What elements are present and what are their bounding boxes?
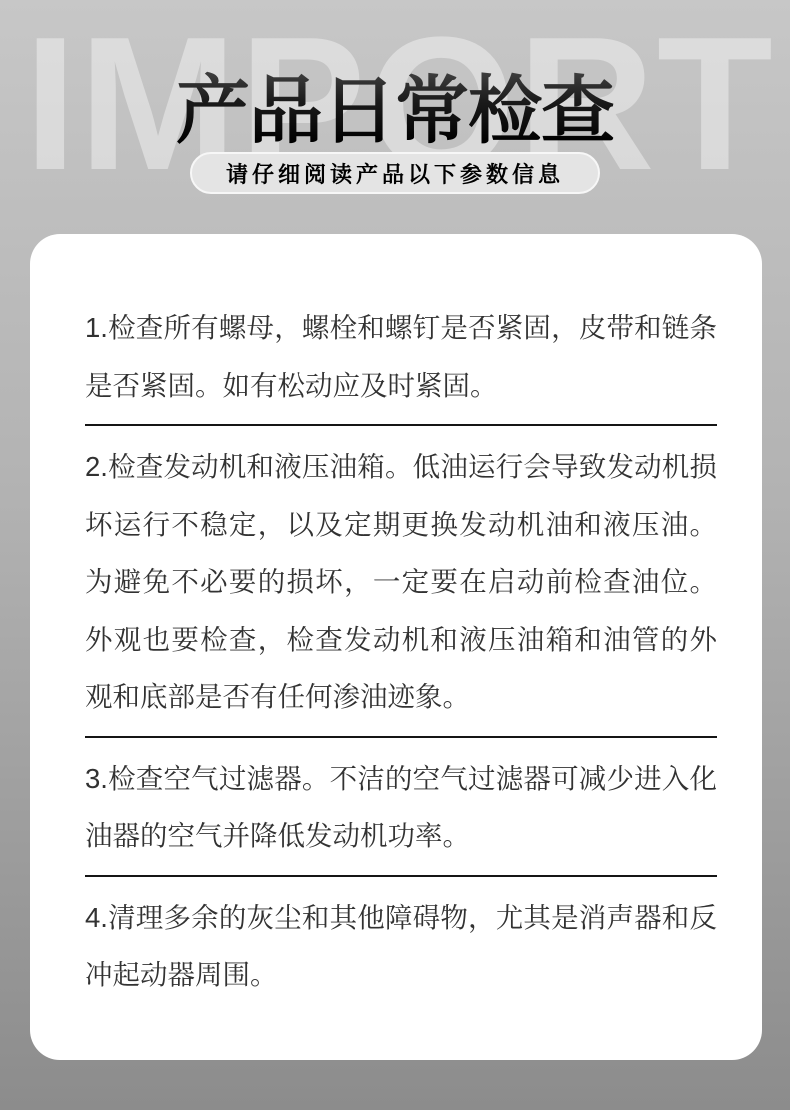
divider [85,875,717,877]
divider [85,736,717,738]
divider [85,424,717,426]
inspection-item-4: 4.清理多余的灰尘和其他障碍物，尤其是消声器和反冲起动器周围。 [85,889,717,1004]
inspection-item-3: 3.检查空气过滤器。不洁的空气过滤器可减少进入化油器的空气并降低发动机功率。 [85,750,717,865]
inspection-item-2: 2.检查发动机和液压油箱。低油运行会导致发动机损坏运行不稳定，以及定期更换发动机… [85,438,717,726]
page-title: 产品日常检查 [0,52,790,158]
subtitle-pill: 请仔细阅读产品以下参数信息 [190,152,600,194]
inspection-list-card: 1.检查所有螺母，螺栓和螺钉是否紧固，皮带和链条是否紧固。如有松动应及时紧固。 … [30,234,762,1060]
product-info-poster: IMPORT 产品日常检查 请仔细阅读产品以下参数信息 1.检查所有螺母，螺栓和… [0,0,790,1110]
subtitle-pill-label: 请仔细阅读产品以下参数信息 [226,158,564,189]
inspection-item-1: 1.检查所有螺母，螺栓和螺钉是否紧固，皮带和链条是否紧固。如有松动应及时紧固。 [85,299,717,414]
